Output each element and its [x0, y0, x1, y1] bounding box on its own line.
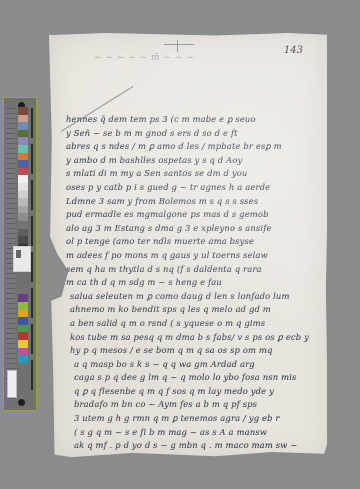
color-swatch	[18, 145, 28, 153]
manuscript-line: a q masp bo s k s ~ q q wa gm Ardad arg	[66, 358, 321, 372]
color-swatch	[18, 355, 28, 363]
manuscript-line: Ldmne 3 sam y from Bolemos m s q s s sse…	[66, 195, 321, 209]
calibration-info-card	[13, 246, 31, 272]
color-swatch	[18, 122, 28, 130]
manuscript-line: m adees f po mons m q gaus y ul toerns s…	[66, 249, 321, 263]
manuscript-line: salua seleuten m ꝑ como daug d len s lon…	[66, 290, 321, 304]
color-swatch	[18, 340, 28, 348]
manuscript-line: ol p tenge (amo ter ndls muerte ama bsys…	[66, 235, 321, 249]
color-swatch	[18, 332, 28, 340]
faded-header-text: ~ ~ ~ ~ ~ m̃ ~ ~ ~	[94, 53, 244, 67]
scan-viewport: ~ ~ ~ ~ ~ m̃ ~ ~ ~ 143 hennes q̃ dem tem…	[0, 0, 360, 489]
manuscript-line: y ambo d m bashlles ospetas y s q d Aoy	[66, 154, 321, 168]
manuscript-line: 3 utem g h g rmn q m ꝑ tenemos agra / yg…	[66, 412, 321, 426]
color-swatch	[18, 153, 28, 161]
color-swatch	[18, 221, 28, 229]
color-swatch	[18, 310, 28, 318]
folio-number: 143	[284, 45, 303, 56]
manuscript-page: ~ ~ ~ ~ ~ m̃ ~ ~ ~ 143 hennes q̃ dem tem…	[49, 33, 327, 458]
cross-mark-icon	[164, 44, 194, 45]
manuscript-line: ahnemo m ko bendit sps q les q melo ad g…	[66, 303, 321, 317]
manuscript-line: ( s g q m ~ s e fi b m mag ~ as s A a ma…	[66, 426, 321, 440]
manuscript-line: ak q mf . p d yo d s ~ g mbn q . m maco …	[66, 439, 321, 453]
color-swatch	[18, 213, 28, 221]
color-swatch	[18, 302, 28, 310]
segment-ticks	[31, 108, 33, 400]
color-swatches	[18, 107, 28, 363]
color-swatch	[18, 183, 28, 191]
color-swatch	[18, 160, 28, 168]
manuscript-body: hennes q̃ dem tem ps 3 (c m mabe e ꝑ seu…	[66, 113, 321, 453]
color-swatch	[18, 325, 28, 333]
manuscript-line: m ca th d q m sdg m ~ s heng e fau	[66, 276, 321, 290]
color-swatch	[18, 317, 28, 325]
barcode-label	[7, 370, 17, 398]
color-swatch	[18, 236, 28, 244]
manuscript-line: alo ag 3 m Estang s dma g 3 e xpleyno s …	[66, 222, 321, 236]
color-swatch	[18, 348, 28, 356]
color-swatch	[18, 115, 28, 123]
manuscript-line: oses p y catb p i s gued g ~ tr agnes h …	[66, 181, 321, 195]
manuscript-line: pud ermadle es mgmalgone ps mas d s gemo…	[66, 208, 321, 222]
manuscript-line: sem q ha m thytla d s nq (f s daldenta q…	[66, 263, 321, 277]
color-swatch	[18, 175, 28, 183]
manuscript-line: hy p q mesos / e se bom q m q sa os sp o…	[66, 344, 321, 358]
color-swatch	[18, 206, 28, 214]
manuscript-line: hennes q̃ dem tem ps 3 (c m mabe e ꝑ seu…	[66, 113, 321, 127]
color-swatch	[18, 198, 28, 206]
color-swatch	[18, 229, 28, 237]
punch-hole-bottom-icon	[18, 399, 25, 406]
color-swatch	[18, 107, 28, 115]
manuscript-line: y Señ ~ se b m m gnod s ers d so d e ft	[66, 127, 321, 141]
manuscript-line: q ꝑ q flesenbe q m q f sos q m lay medo …	[66, 385, 321, 399]
manuscript-line: abres q s ndes / m ꝑ amo d les / mpbate …	[66, 140, 321, 154]
manuscript-line: bradafo m bn co ~ Aym fes a b m q pf sps	[66, 398, 321, 412]
manuscript-line: caga s p q dee g lm q ~ q molo lo ybo fo…	[66, 371, 321, 385]
manuscript-line: s mlati di m my a Sen santos se dm d you	[66, 167, 321, 181]
color-swatch	[18, 130, 28, 138]
manuscript-line: a ben salid q m o rsnd ( s yquese o m q …	[66, 317, 321, 331]
color-swatch	[18, 294, 28, 302]
color-swatch	[18, 168, 28, 176]
manuscript-line: kos tube m sa pesq q m dma b s fabs/ v s…	[66, 331, 321, 345]
color-swatch	[18, 137, 28, 145]
color-calibration-target	[3, 97, 37, 411]
color-swatch	[18, 191, 28, 199]
